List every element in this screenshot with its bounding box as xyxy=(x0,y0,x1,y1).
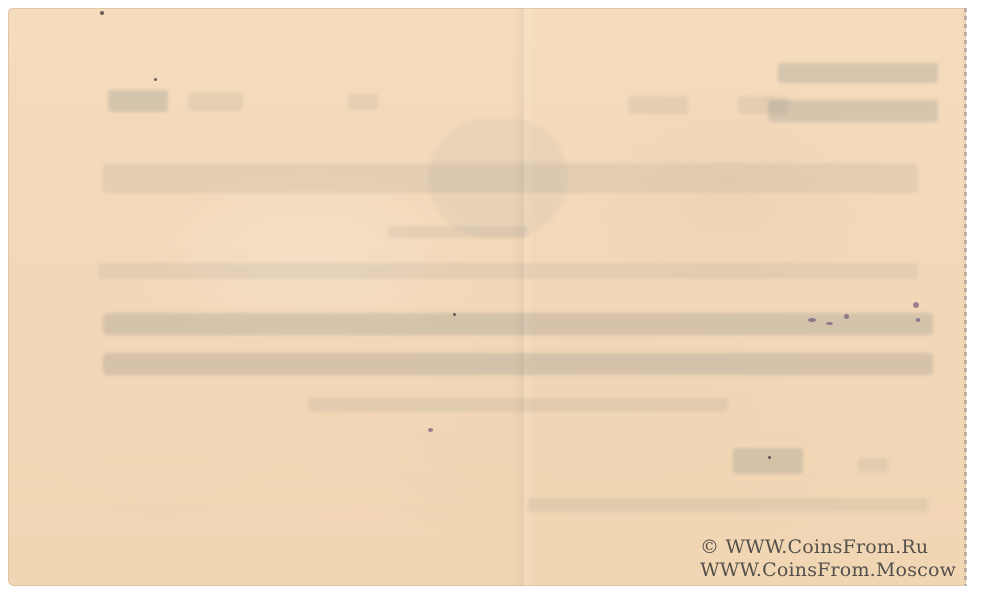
paper-speck xyxy=(453,313,456,316)
show-through-line xyxy=(98,263,918,279)
show-through-print xyxy=(858,458,888,472)
show-through-emblem xyxy=(428,118,568,238)
show-through-serial xyxy=(108,90,168,112)
ink-stamp-mark xyxy=(913,302,919,308)
paper-speck xyxy=(154,78,157,81)
ink-stamp-mark xyxy=(826,322,833,325)
watermark-line-1: © WWW.CoinsFrom.Ru xyxy=(700,536,956,559)
paper-speck xyxy=(100,11,104,15)
watermark: © WWW.CoinsFrom.Ru WWW.CoinsFrom.Moscow xyxy=(700,536,956,582)
perforation-holes xyxy=(964,8,967,586)
paper-speck xyxy=(768,456,771,459)
ink-stamp-mark xyxy=(428,428,433,432)
document-scan: © WWW.CoinsFrom.Ru WWW.CoinsFrom.Moscow xyxy=(0,0,1000,597)
show-through-small-print xyxy=(308,398,728,412)
show-through-small-print xyxy=(528,498,928,512)
show-through-amount-line xyxy=(103,313,933,335)
ink-stamp-mark xyxy=(844,314,849,319)
show-through-print xyxy=(628,96,688,114)
ink-stamp-mark xyxy=(808,318,816,322)
show-through-sum xyxy=(733,448,803,474)
show-through-number xyxy=(778,63,938,83)
ink-stamp-mark xyxy=(916,318,920,322)
show-through-print xyxy=(348,94,378,110)
show-through-amount-line xyxy=(103,353,933,375)
watermark-line-2: WWW.CoinsFrom.Moscow xyxy=(700,559,956,582)
show-through-number xyxy=(768,100,938,122)
paper-sheet-reverse xyxy=(8,8,966,586)
show-through-print xyxy=(188,93,243,111)
